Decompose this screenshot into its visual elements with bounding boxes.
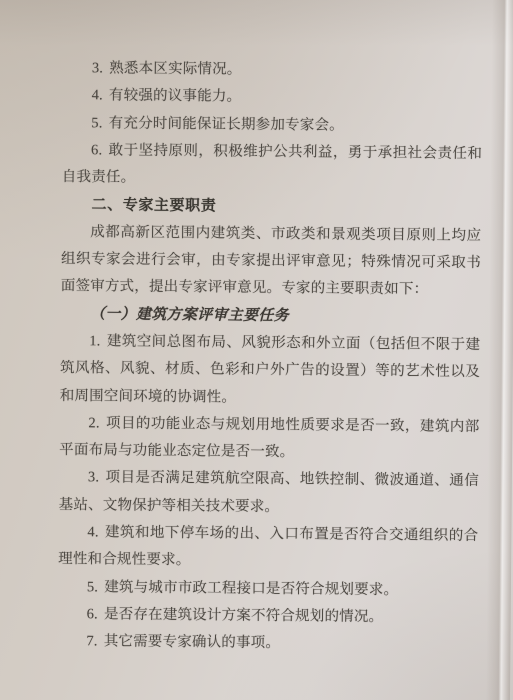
list-item: 1.建筑空间总图布局、风貌形态和外立面（包括但不限于建筑风格、风貌、材质、色彩和… [60, 328, 481, 414]
item-text: 建筑和地下停车场的出、入口布置是否符合交通组织的合理性和合规性要求。 [58, 524, 478, 568]
list-item: 5.建筑与城市市政工程接口是否符合规划要求。 [58, 574, 478, 605]
item-text: 敢于坚持原则，积极维护公共利益，勇于承担社会责任和自我责任。 [62, 142, 482, 186]
list-item: 6.敢于坚持原则，积极维护公共利益，勇于承担社会责任和自我责任。 [62, 137, 483, 196]
subsection-heading: （一）建筑方案评审主要任务 [60, 301, 480, 332]
item-number: 5. [87, 579, 98, 595]
page-edge-shadow [486, 0, 513, 700]
document-text: 3.熟悉本区实际情况。 4.有较强的议事能力。 5.有充分时间能保证长期参加专家… [57, 55, 483, 660]
item-text: 是否存在建筑设计方案不符合规划的情况。 [104, 606, 383, 625]
item-number: 6. [87, 606, 98, 622]
top-shadow [0, 0, 513, 46]
section-intro-paragraph: 成都高新区范围内建筑类、市政类和景观类项目原则上均应组织专家会进行会审，由专家提… [61, 219, 482, 305]
item-number: 3. [88, 470, 99, 486]
item-number: 4. [92, 88, 103, 104]
list-item: 7.其它需要专家确认的事项。 [57, 628, 477, 659]
document-page: 3.熟悉本区实际情况。 4.有较强的议事能力。 5.有充分时间能保证长期参加专家… [0, 0, 513, 700]
item-text: 项目是否满足建筑航空限高、地铁控制、微波通道、通信基站、文物保护等相关技术要求。 [59, 470, 479, 515]
item-number: 2. [88, 415, 99, 431]
item-text: 其它需要专家确认的事项。 [104, 634, 281, 652]
item-text: 有较强的议事能力。 [109, 88, 241, 105]
item-number: 3. [92, 60, 103, 76]
item-text: 建筑与城市市政工程接口是否符合规划要求。 [104, 579, 398, 598]
item-number: 6. [91, 142, 102, 158]
item-number: 7. [86, 633, 97, 649]
item-number: 4. [87, 524, 98, 540]
item-text: 建筑空间总图布局、风貌形态和外立面（包括但不限于建筑风格、风貌、材质、色彩和户外… [60, 333, 481, 405]
item-text: 有充分时间能保证长期参加专家会。 [109, 115, 344, 133]
list-item: 4.有较强的议事能力。 [62, 82, 482, 113]
list-item: 4.建筑和地下停车场的出、入口布置是否符合交通组织的合理性和合规性要求。 [58, 519, 479, 578]
item-text: 熟悉本区实际情况。 [109, 60, 241, 77]
list-item: 6.是否存在建筑设计方案不符合规划的情况。 [57, 601, 477, 632]
list-item: 3.项目是否满足建筑航空限高、地铁控制、微波通道、通信基站、文物保护等相关技术要… [59, 464, 480, 523]
section-heading: 二、专家主要职责 [61, 191, 481, 222]
list-item: 3.熟悉本区实际情况。 [63, 55, 483, 86]
list-item: 5.有充分时间能保证长期参加专家会。 [62, 110, 482, 141]
item-number: 1. [89, 333, 100, 349]
item-number: 5. [91, 115, 102, 131]
item-text: 项目的功能业态与规划用地性质要求是否一致，建筑内部平面布局与功能业态定位是否一致… [59, 415, 479, 460]
list-item: 2.项目的功能业态与规划用地性质要求是否一致，建筑内部平面布局与功能业态定位是否… [59, 410, 480, 469]
